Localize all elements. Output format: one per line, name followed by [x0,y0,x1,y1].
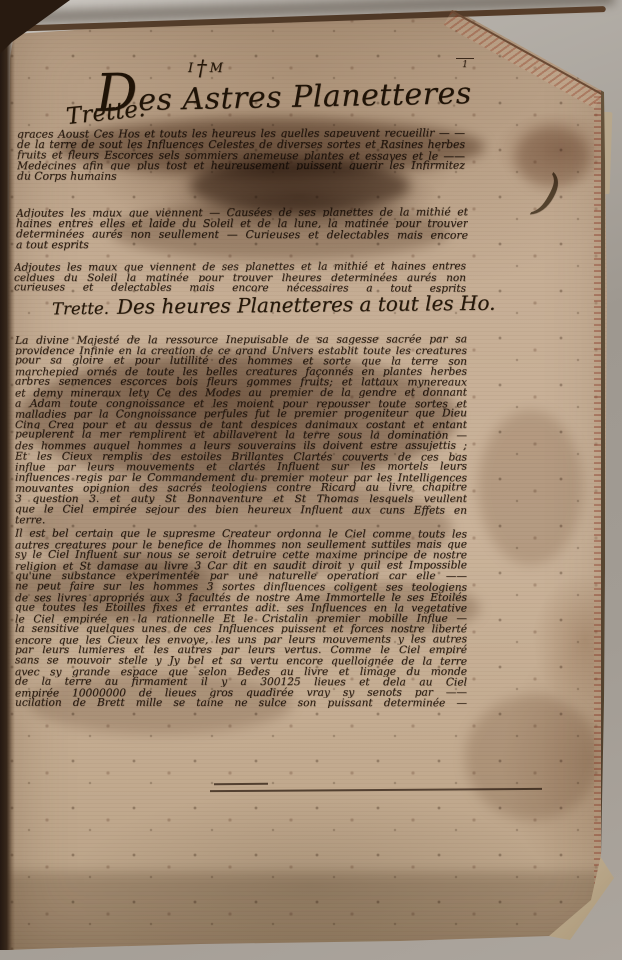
third-paragraph: Adjoutes les maux que viennent de ses pl… [14,261,466,293]
manuscript-line: et demy mineraux lety Ce des Modes au pr… [15,386,467,398]
section2-prefix: Trette. [52,299,109,319]
manuscript-line: Adjoutes les maux que viennent de ses pl… [14,260,466,272]
monogram-letter-i: I [188,61,196,76]
section2-title: Des heures Planetteres a tout les Ho. [117,291,496,319]
manuscript-line: malladies par la Congnoissance perfules … [15,407,467,419]
manuscript-line: encore que les Cieux les envoye, les uns… [15,633,467,645]
underline-rule [214,783,268,785]
folio-number: 1 [462,60,468,70]
manuscript-line: a tout esprits [16,238,468,252]
manuscript-line: celdues du Soleil la matinée pour trouve… [14,272,466,283]
underline-rule [210,788,542,792]
manuscript-line: la sensitive quelques unes de ces Influe… [15,623,467,634]
stain [0,872,622,958]
manuscript-line: par leurs lumieres et les autres par leu… [15,644,467,655]
manuscript-line: 3 question 3. et auty St Bonnaventure et… [15,493,467,504]
manuscript-line: sy le Ciel Influent sur nous se seroit d… [15,549,467,560]
body-text: La divine Majesté de la ressource Inepui… [15,334,467,708]
manuscript-photo: I†M 1 Trette. Des Astres Planetteres gra… [0,0,622,960]
manuscript-line: pour sa gloire et pour lutillité des hom… [15,354,467,366]
manuscript-line: que toutes les Etoilles fixes et errante… [15,602,467,614]
manuscript-line: Il est bel certain que le supresme Creat… [15,527,467,539]
page-stack-edge [601,64,605,942]
folio-bar [456,58,474,59]
manuscript-line: haines entres elles et laide du Soleil e… [16,217,468,228]
stain [478,410,583,565]
manuscript-line: La divine Majesté de la ressource Inepui… [15,333,467,345]
manuscript-line: du Corps humains [17,170,465,186]
binding-gutter [0,24,15,950]
manuscript-line: qu'une substance experimentée par une na… [15,570,467,581]
manuscript-line: terre. [15,514,467,528]
intro-paragraph: graces Aoust Ces Hos et touts les heureu… [17,127,465,185]
manuscript-line: de ses livres apropriés aux 3 facultés d… [15,591,467,602]
manuscript-line: influe par leurs mouvements et clartés I… [15,461,467,473]
stain [465,695,600,820]
manuscript-line: mouvantes opignion des sacrés teologiens… [15,482,467,494]
manuscript-line: graces Aoust Ces Hos et touts les heureu… [17,126,465,138]
manuscript-line: ne peut faire sur les hommes 3 sortes di… [15,580,467,592]
manuscript-page: I†M 1 Trette. Des Astres Planetteres gra… [0,0,622,960]
manuscript-line: des hommes auquel hommes a leurs souvera… [15,440,467,451]
second-paragraph: Adjoutes les maux que viennent — Causées… [16,206,468,252]
manuscript-line: de la terre au firmament il y a 300125 l… [15,676,467,688]
monogram-letter-m: M [210,61,226,76]
manuscript-line: religion et St damase au livre 3 Car dit… [15,559,467,571]
manuscript-line: sans se mouvoir stelle y Jy bel et sa ve… [15,654,467,666]
folio-mark: 1 [452,58,478,70]
manuscript-line: ucilation de Brett mille se taine ne sul… [15,697,467,708]
manuscript-line: de la terre de sout les Influences Celes… [17,138,465,149]
manuscript-line: Adjoutes les maux que viennent — Causées… [16,205,468,217]
section2-heading: Trette.Des heures Planetteres a tout les… [52,291,512,320]
page-title: Des Astres Planetteres [96,69,577,119]
flourish-bracket: ) [529,162,567,225]
